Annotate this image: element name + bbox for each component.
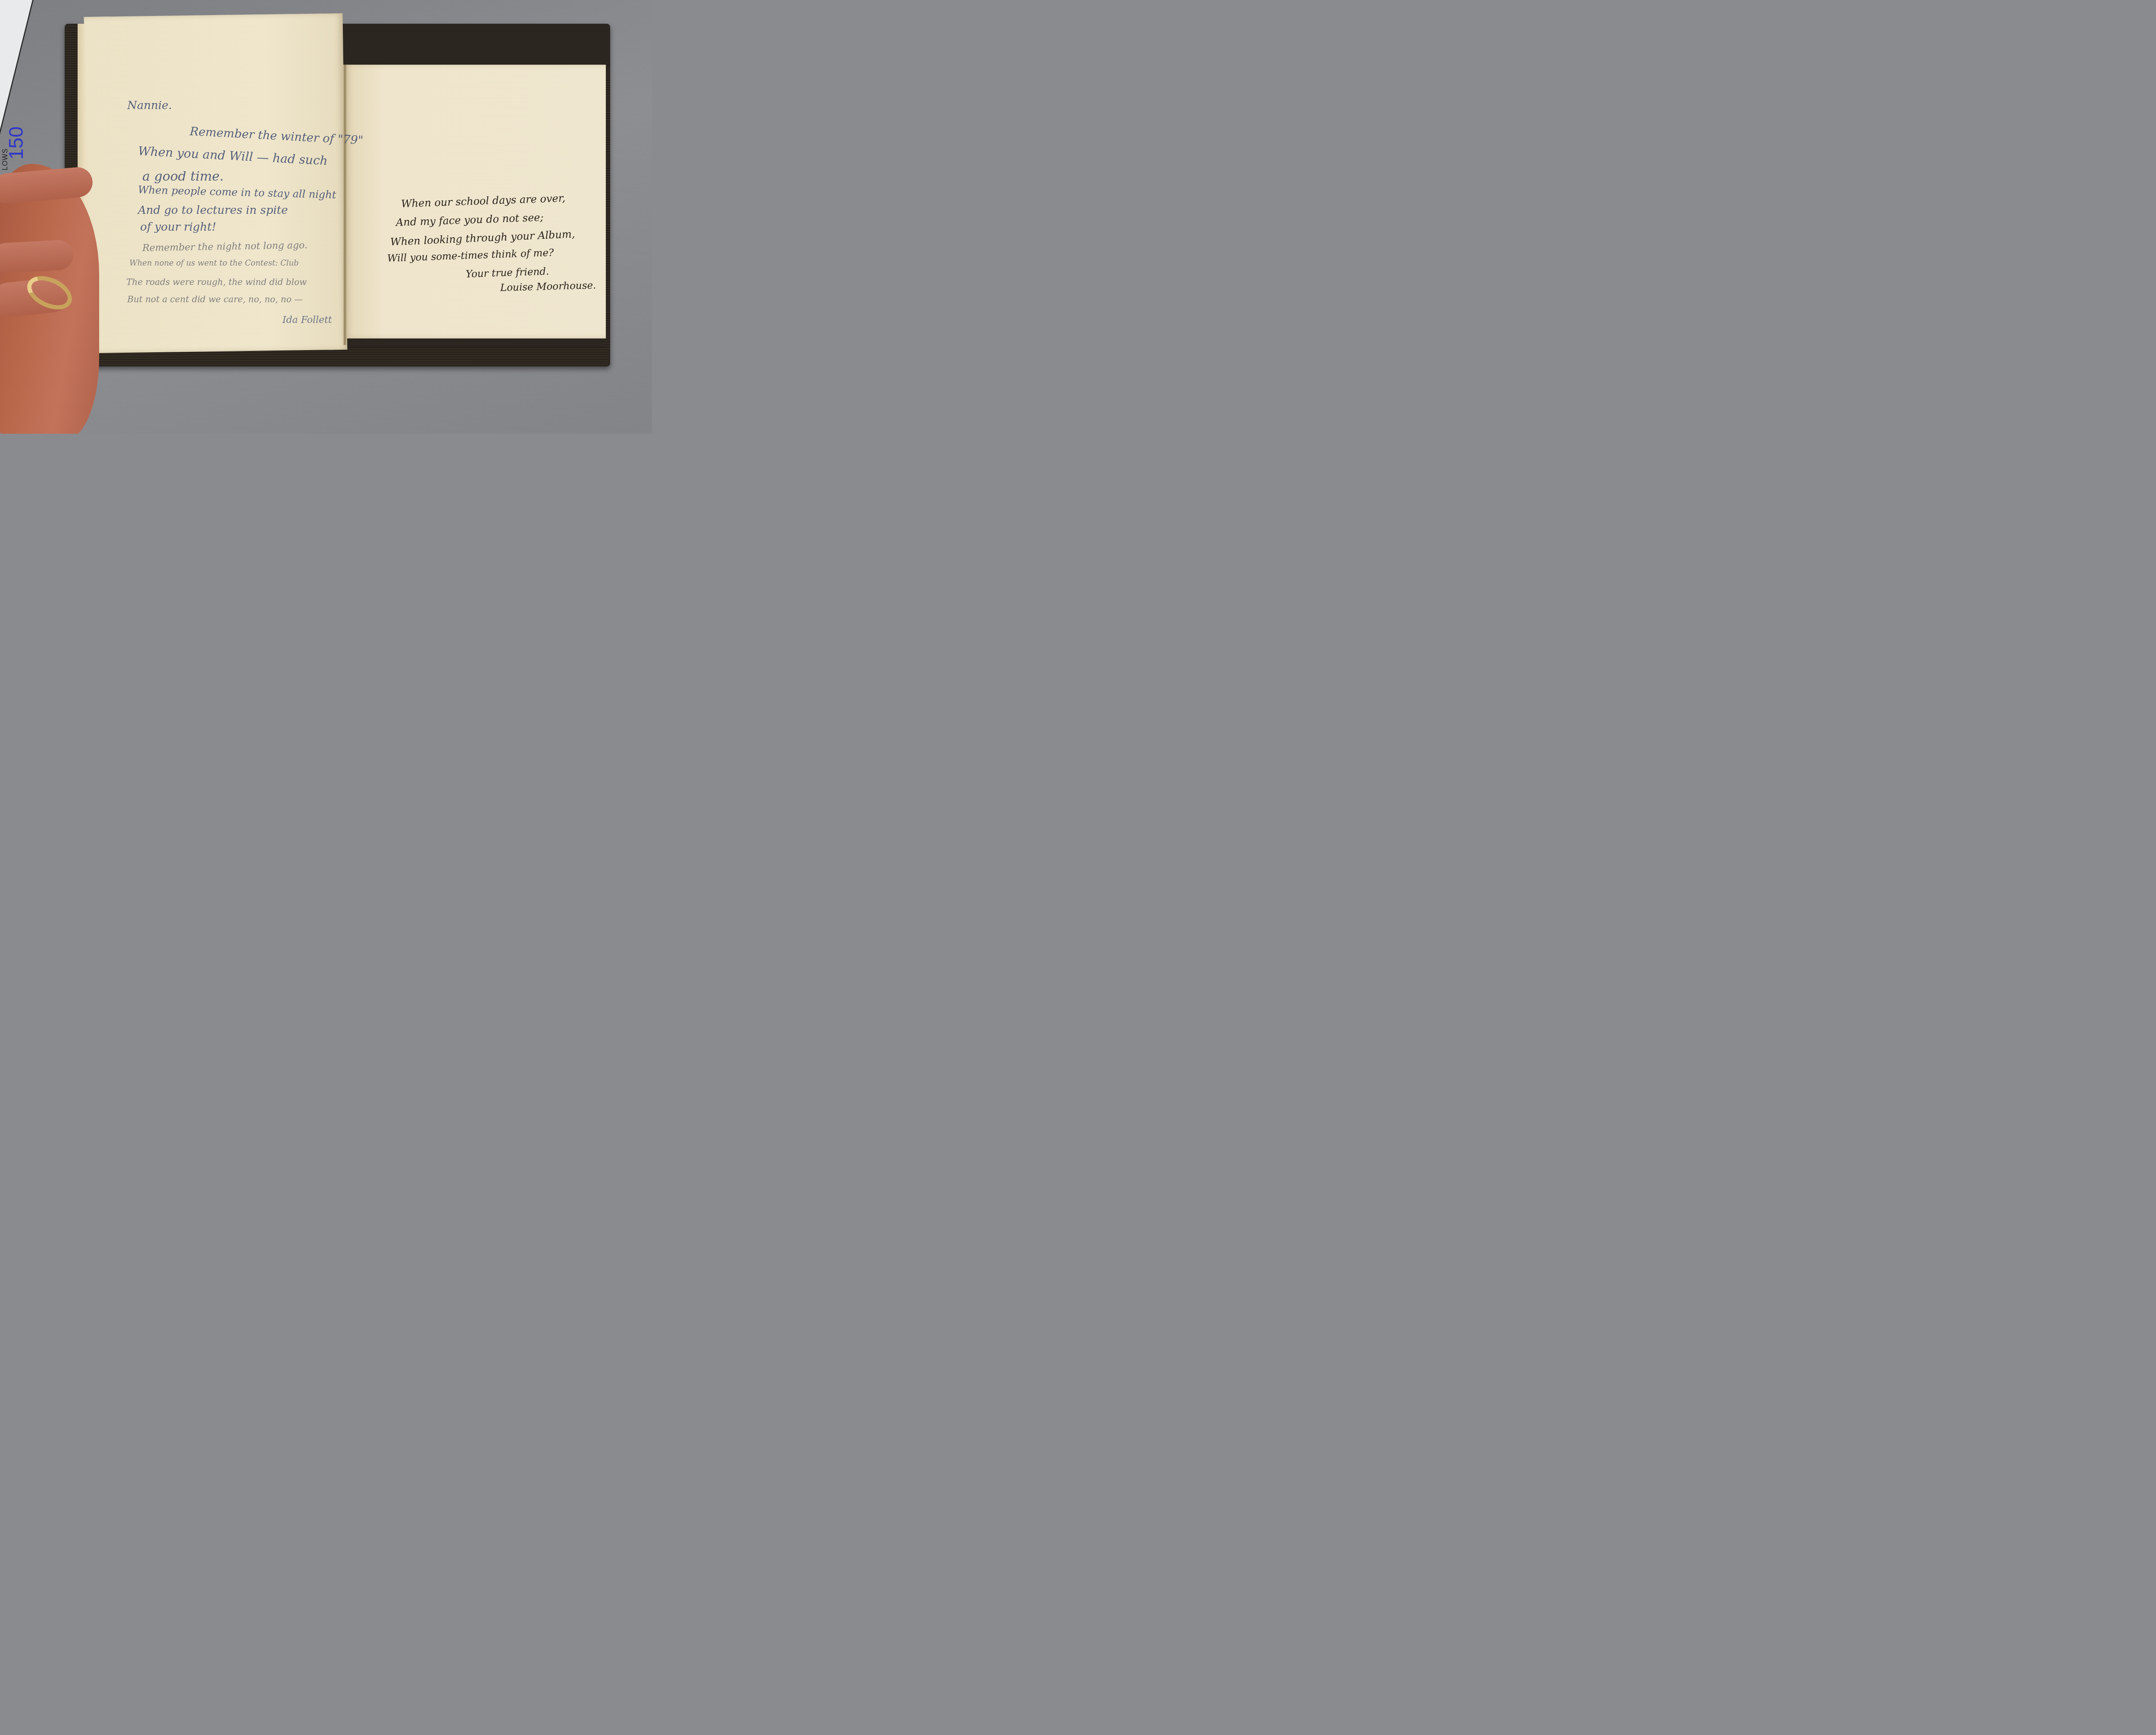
inventory-label-number: 150 bbox=[4, 126, 28, 160]
left-page-line-5: And go to lectures in spite bbox=[138, 204, 288, 217]
left-page-line-9: The roads were rough, the wind did blow bbox=[126, 277, 307, 287]
left-page-line-3: a good time. bbox=[142, 169, 224, 184]
left-page-signature: Ida Follett bbox=[282, 315, 332, 326]
left-page-line-8: When none of us went to the Contest: Clu… bbox=[129, 259, 299, 268]
left-page-line-6: of your right! bbox=[140, 221, 216, 234]
left-page-line-10: But not a cent did we care, no, no, no — bbox=[127, 294, 303, 304]
finger-middle bbox=[0, 239, 74, 274]
left-page-salutation: Nannie. bbox=[127, 99, 172, 112]
book-gutter bbox=[343, 65, 347, 345]
